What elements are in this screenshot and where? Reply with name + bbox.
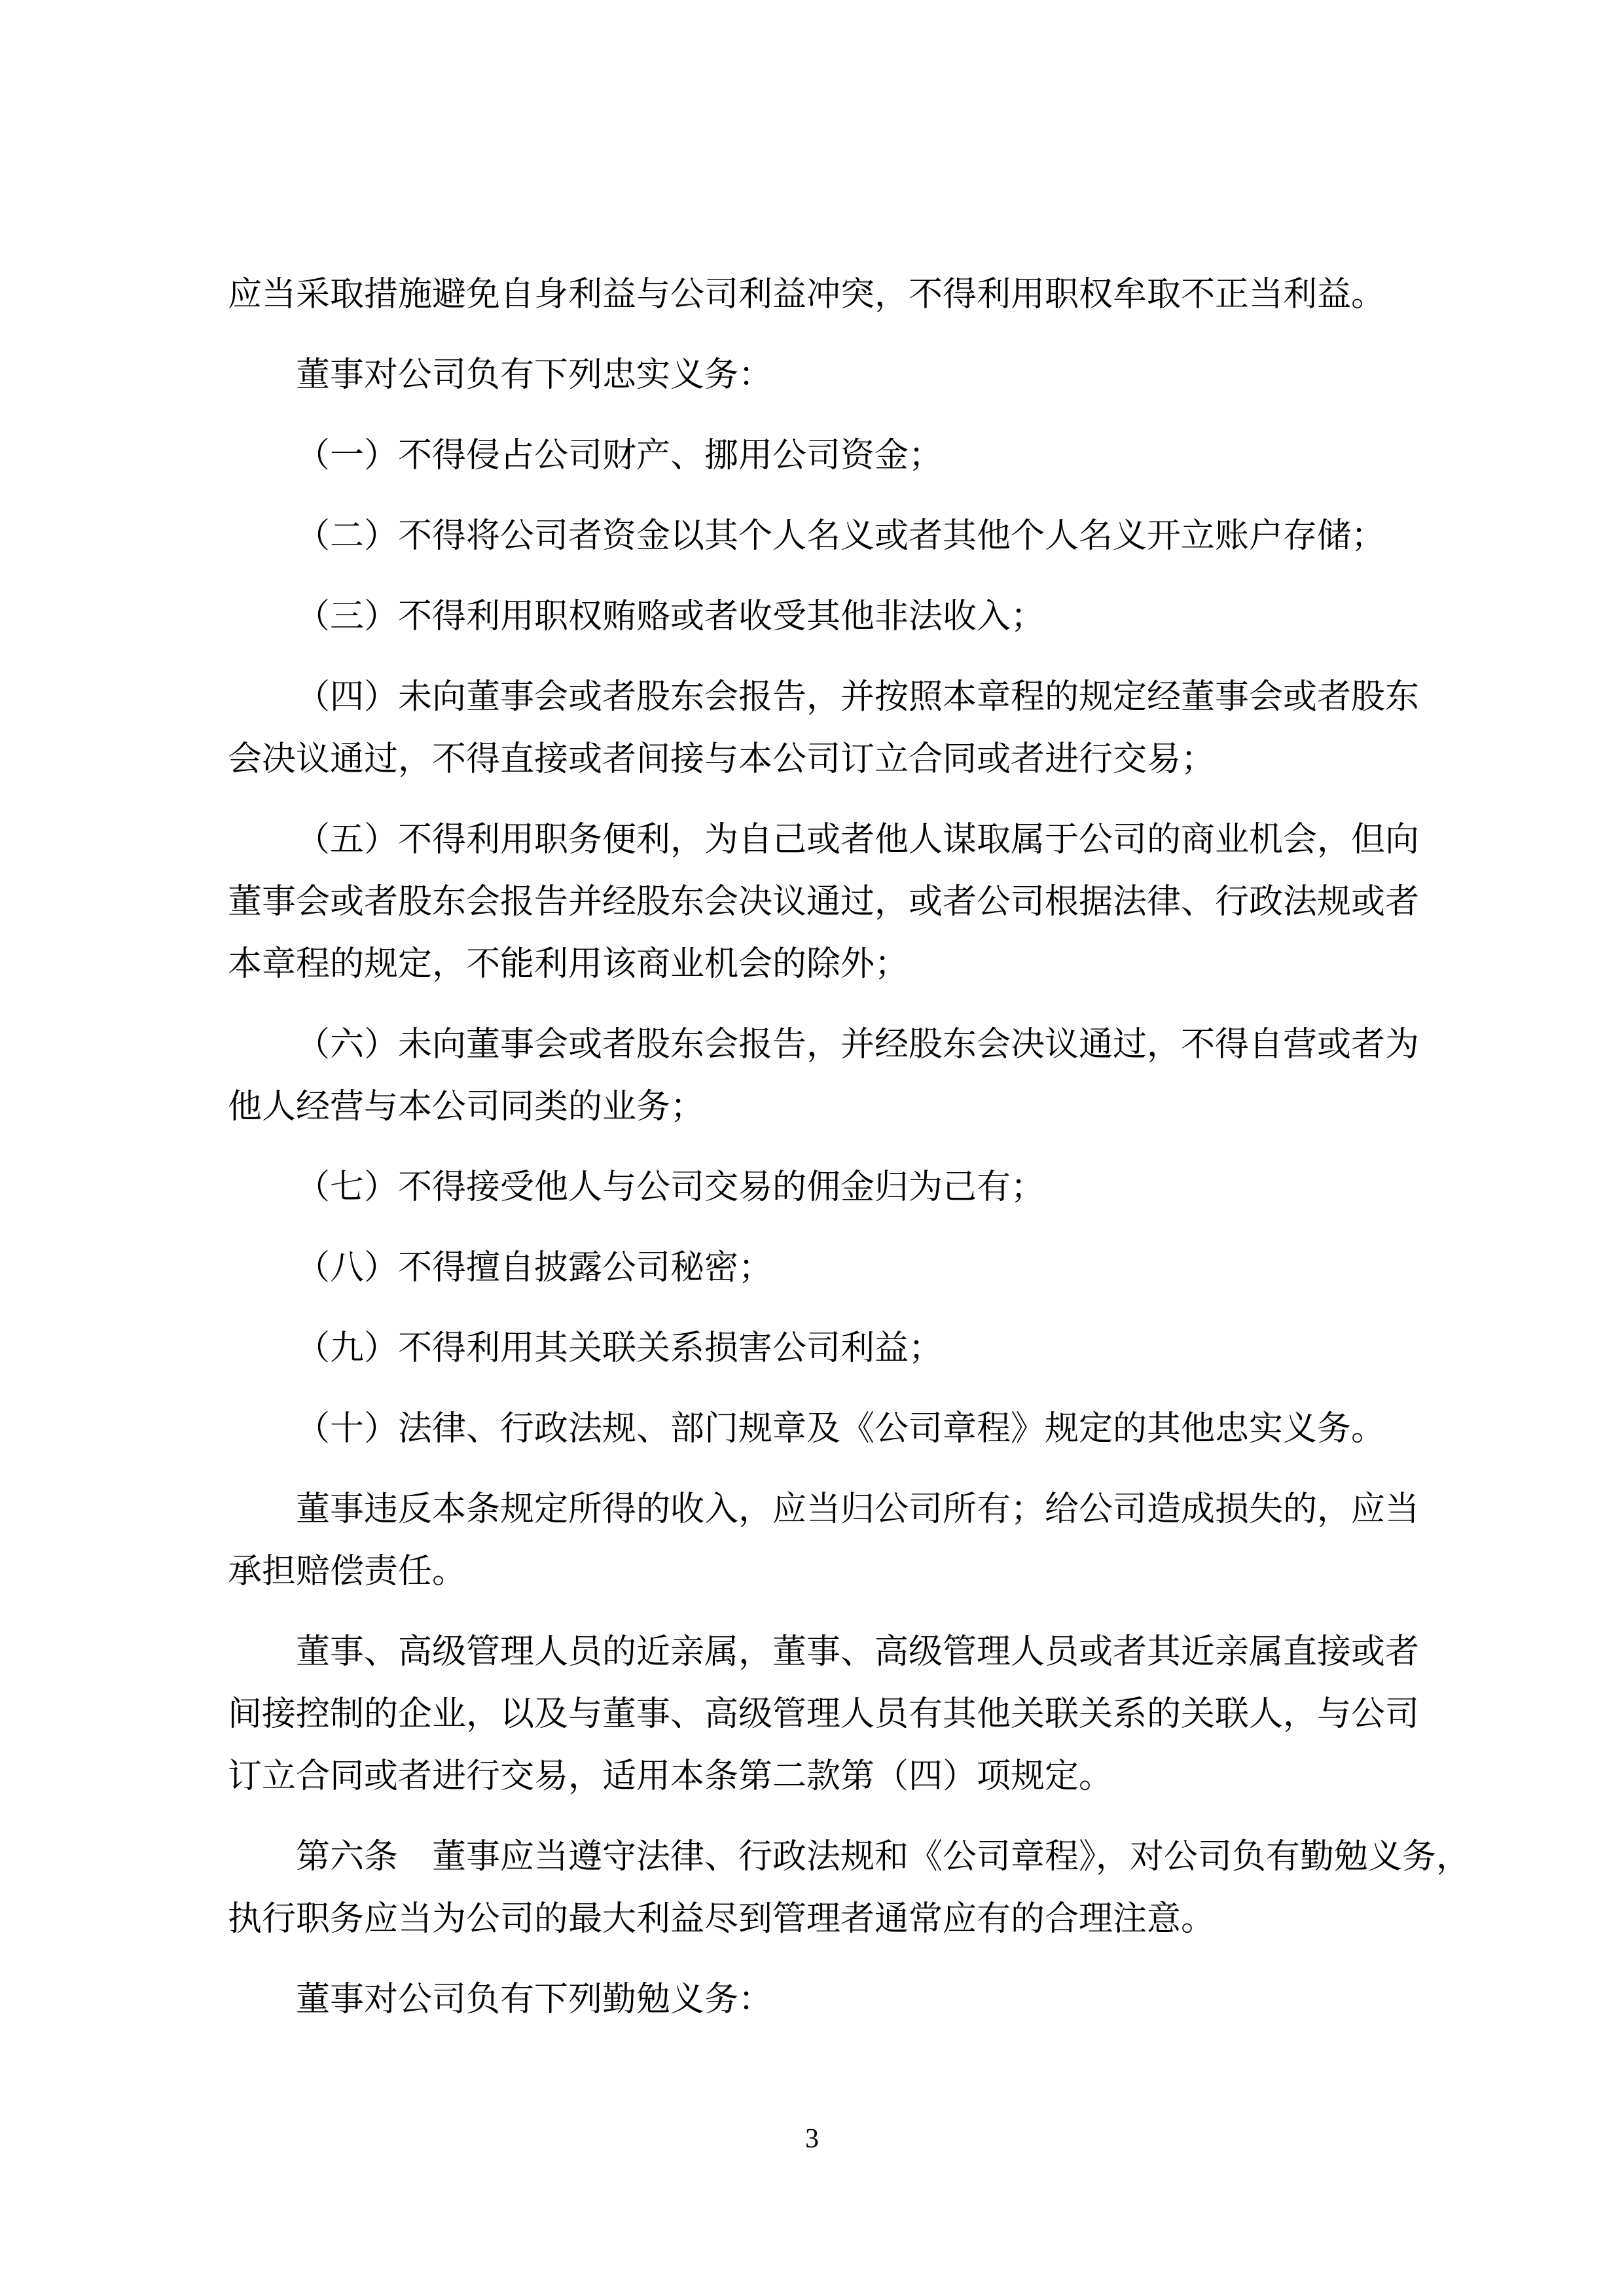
text-line: 承担赔偿责任。 — [228, 1541, 1406, 1603]
text-line: 第六条 董事应当遵守法律、行政法规和《公司章程》，对公司负有勤勉义务， — [228, 1826, 1406, 1888]
paragraph: 应当采取措施避免自身利益与公司利益冲突，不得利用职权牟取不正当利益。 — [228, 264, 1406, 326]
text-line: （一）不得侵占公司财产、挪用公司资金； — [228, 425, 1406, 487]
paragraph: （七）不得接受他人与公司交易的佣金归为己有； — [228, 1157, 1406, 1219]
text-line: （八）不得擅自披露公司秘密； — [228, 1237, 1406, 1299]
text-line: 他人经营与本公司同类的业务； — [228, 1076, 1406, 1138]
paragraph: 董事对公司负有下列忠实义务： — [228, 344, 1406, 406]
paragraph: （二）不得将公司者资金以其个人名义或者其他个人名义开立账户存储； — [228, 505, 1406, 567]
text-line: （三）不得利用职权贿赂或者收受其他非法收入； — [228, 586, 1406, 648]
text-line: （六）未向董事会或者股东会报告，并经股东会决议通过，不得自营或者为 — [228, 1014, 1406, 1076]
paragraph: 第六条 董事应当遵守法律、行政法规和《公司章程》，对公司负有勤勉义务，执行职务应… — [228, 1826, 1406, 1950]
paragraph: （四）未向董事会或者股东会报告，并按照本章程的规定经董事会或者股东会决议通过，不… — [228, 666, 1406, 791]
paragraph: 董事、高级管理人员的近亲属，董事、高级管理人员或者其近亲属直接或者间接控制的企业… — [228, 1621, 1406, 1808]
text-line: 应当采取措施避免自身利益与公司利益冲突，不得利用职权牟取不正当利益。 — [228, 264, 1406, 326]
text-line: 董事会或者股东会报告并经股东会决议通过，或者公司根据法律、行政法规或者 — [228, 871, 1406, 933]
text-line: （四）未向董事会或者股东会报告，并按照本章程的规定经董事会或者股东 — [228, 666, 1406, 728]
text-line: （九）不得利用其关联关系损害公司利益； — [228, 1318, 1406, 1380]
text-line: （五）不得利用职务便利，为自己或者他人谋取属于公司的商业机会，但向 — [228, 809, 1406, 871]
paragraph: （十）法律、行政法规、部门规章及《公司章程》规定的其他忠实义务。 — [228, 1398, 1406, 1460]
text-line: 董事对公司负有下列勤勉义务： — [228, 1969, 1406, 2031]
text-line: 董事对公司负有下列忠实义务： — [228, 344, 1406, 406]
page-footer: 3 — [0, 2119, 1624, 2159]
text-line: 执行职务应当为公司的最大利益尽到管理者通常应有的合理注意。 — [228, 1888, 1406, 1950]
text-line: 订立合同或者进行交易，适用本条第二款第（四）项规定。 — [228, 1746, 1406, 1808]
document-body: 应当采取措施避免自身利益与公司利益冲突，不得利用职权牟取不正当利益。董事对公司负… — [228, 264, 1406, 2031]
text-line: （二）不得将公司者资金以其个人名义或者其他个人名义开立账户存储； — [228, 505, 1406, 567]
paragraph: （一）不得侵占公司财产、挪用公司资金； — [228, 425, 1406, 487]
paragraph: （九）不得利用其关联关系损害公司利益； — [228, 1318, 1406, 1380]
text-line: 间接控制的企业，以及与董事、高级管理人员有其他关联关系的关联人，与公司 — [228, 1683, 1406, 1746]
text-line: （十）法律、行政法规、部门规章及《公司章程》规定的其他忠实义务。 — [228, 1398, 1406, 1460]
text-line: （七）不得接受他人与公司交易的佣金归为己有； — [228, 1157, 1406, 1219]
paragraph: （八）不得擅自披露公司秘密； — [228, 1237, 1406, 1299]
text-line: 董事违反本条规定所得的收入，应当归公司所有；给公司造成损失的，应当 — [228, 1479, 1406, 1541]
text-line: 董事、高级管理人员的近亲属，董事、高级管理人员或者其近亲属直接或者 — [228, 1621, 1406, 1683]
paragraph: （三）不得利用职权贿赂或者收受其他非法收入； — [228, 586, 1406, 648]
paragraph: 董事违反本条规定所得的收入，应当归公司所有；给公司造成损失的，应当承担赔偿责任。 — [228, 1479, 1406, 1603]
paragraph: （五）不得利用职务便利，为自己或者他人谋取属于公司的商业机会，但向董事会或者股东… — [228, 809, 1406, 996]
text-line: 会决议通过，不得直接或者间接与本公司订立合同或者进行交易； — [228, 728, 1406, 791]
page-number: 3 — [805, 2124, 819, 2154]
text-line: 本章程的规定，不能利用该商业机会的除外； — [228, 933, 1406, 996]
paragraph: （六）未向董事会或者股东会报告，并经股东会决议通过，不得自营或者为他人经营与本公… — [228, 1014, 1406, 1138]
paragraph: 董事对公司负有下列勤勉义务： — [228, 1969, 1406, 2031]
document-page: 应当采取措施避免自身利益与公司利益冲突，不得利用职权牟取不正当利益。董事对公司负… — [0, 0, 1624, 2296]
